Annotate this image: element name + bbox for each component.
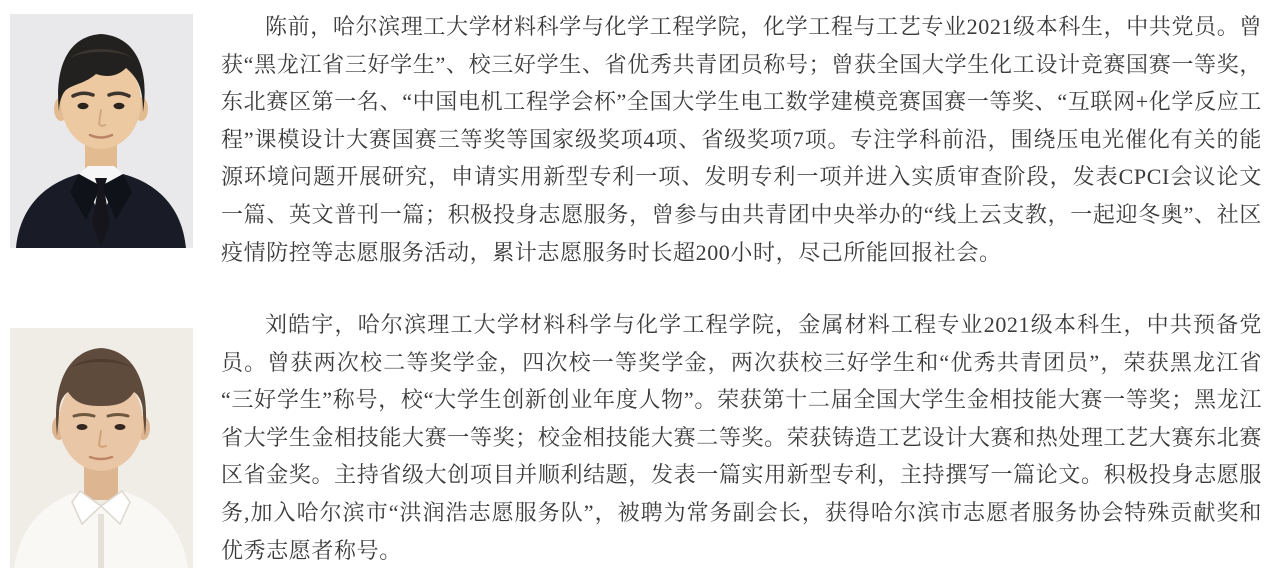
bio-paragraph-chen-qian: 陈前，哈尔滨理工大学材料科学与化学工程学院，化学工程与工艺专业2021级本科生，… xyxy=(221,8,1262,271)
portrait-photo-liu-haoyu xyxy=(10,328,193,568)
portrait-illustration-suit xyxy=(10,14,193,248)
bio-paragraph-liu-haoyu: 刘皓宇，哈尔滨理工大学材料科学与化学工程学院，金属材料工程专业2021级本科生，… xyxy=(221,306,1262,569)
portrait-photo-chen-qian xyxy=(10,14,193,248)
document-page: 陈前，哈尔滨理工大学材料科学与化学工程学院，化学工程与工艺专业2021级本科生，… xyxy=(0,0,1269,583)
portrait-illustration-shirt xyxy=(10,328,193,568)
